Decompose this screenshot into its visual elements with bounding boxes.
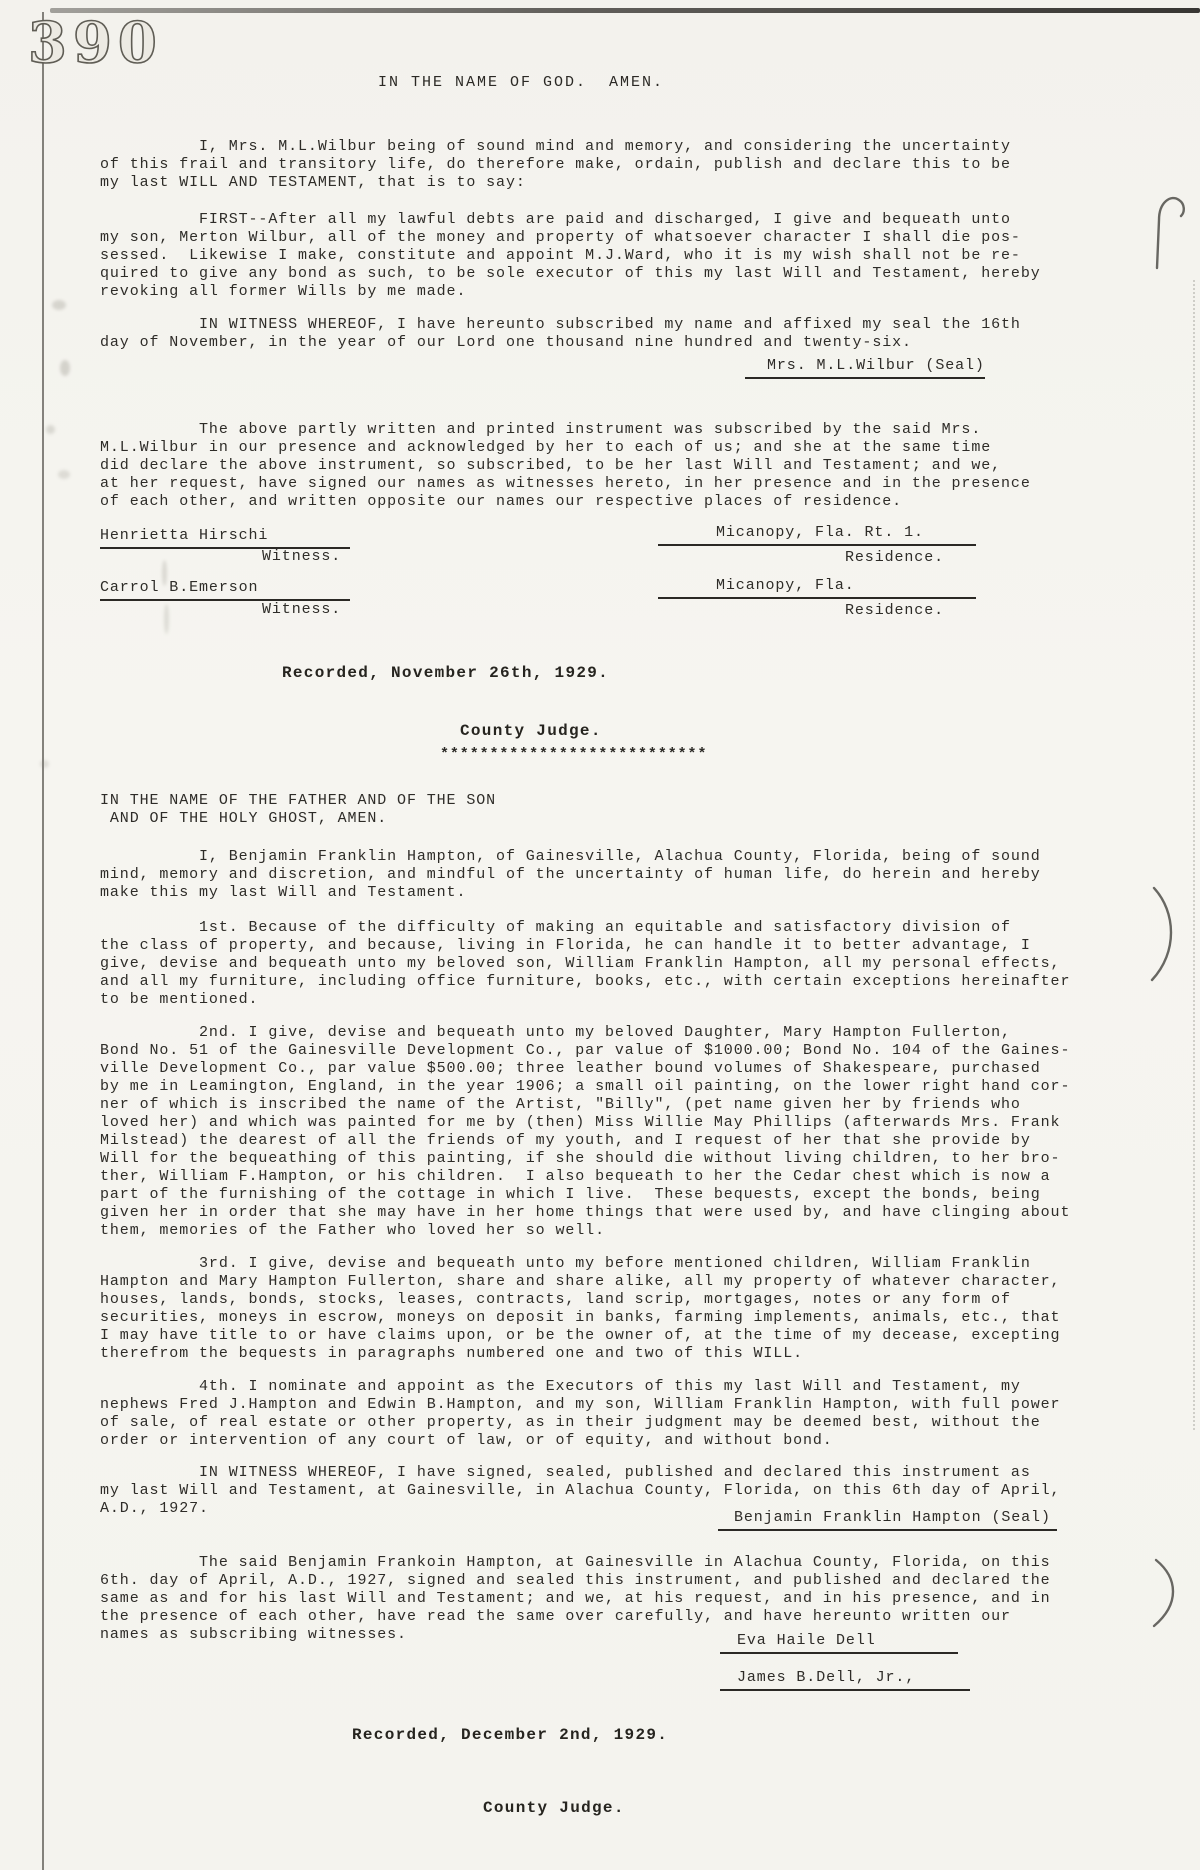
residence-signature-row: Micanopy, Fla. xyxy=(658,577,976,599)
page-number: 390 xyxy=(28,10,163,76)
residence-signature-row: Micanopy, Fla. Rt. 1. xyxy=(658,524,976,546)
page-gutter-line xyxy=(42,12,44,1870)
witness-name: Eva Haile Dell xyxy=(720,1632,958,1654)
scan-top-edge xyxy=(50,8,1200,13)
scan-right-edge xyxy=(1193,280,1195,1430)
residence-label: Residence. xyxy=(845,602,944,620)
signature-line: Mrs. M.L.Wilbur (Seal) xyxy=(745,357,985,379)
will2-paragraph-3rd: 3rd. I give, devise and bequeath unto my… xyxy=(100,1255,1060,1363)
ink-smudge xyxy=(52,300,66,310)
witness-residence: Micanopy, Fla. xyxy=(658,577,976,599)
will2-recorded-date: Recorded, December 2nd, 1929. xyxy=(352,1726,668,1744)
will1-title: IN THE NAME OF GOD. AMEN. xyxy=(378,74,664,92)
ink-smudge xyxy=(46,425,55,434)
will2-testator-signature: Benjamin Franklin Hampton (Seal) xyxy=(718,1509,1057,1531)
witness-signature-row: Henrietta Hirschi xyxy=(100,527,350,549)
signature-line: Benjamin Franklin Hampton (Seal) xyxy=(718,1509,1057,1531)
will1-recorded-date: Recorded, November 26th, 1929. xyxy=(282,664,609,682)
witness-signature-row: Carrol B.Emerson xyxy=(100,579,350,601)
witness-name: James B.Dell, Jr., xyxy=(720,1669,970,1691)
will2-paragraph-2nd: 2nd. I give, devise and bequeath unto my… xyxy=(100,1024,1070,1240)
will1-paragraph-attestation: The above partly written and printed ins… xyxy=(100,421,1031,511)
will2-heading: IN THE NAME OF THE FATHER AND OF THE SON… xyxy=(100,792,496,828)
document-page: 390 IN THE NAME OF GOD. AMEN. I, Mrs. M.… xyxy=(0,0,1200,1870)
will1-paragraph-first: FIRST--After all my lawful debts are pai… xyxy=(100,211,1041,301)
witness-label: Witness. xyxy=(262,601,341,619)
will2-witness-signature: James B.Dell, Jr., xyxy=(720,1669,970,1691)
witness-label: Witness. xyxy=(262,548,341,566)
ink-smudge xyxy=(164,604,169,634)
pen-bracket-mark xyxy=(1145,190,1200,275)
pen-bracket-mark xyxy=(1142,882,1200,987)
will2-county-judge: County Judge. xyxy=(483,1799,625,1817)
witness-name: Henrietta Hirschi xyxy=(100,527,350,549)
will2-paragraph-attestation: The said Benjamin Frankoin Hampton, at G… xyxy=(100,1554,1051,1644)
ink-smudge xyxy=(58,470,70,479)
witness-name: Carrol B.Emerson xyxy=(100,579,350,601)
will2-witness-signature: Eva Haile Dell xyxy=(720,1632,958,1654)
will2-paragraph-1st: 1st. Because of the difficulty of making… xyxy=(100,919,1070,1009)
will1-county-judge: County Judge. xyxy=(460,722,602,740)
ink-smudge xyxy=(40,760,49,768)
witness-residence: Micanopy, Fla. Rt. 1. xyxy=(658,524,976,546)
will1-testator-signature: Mrs. M.L.Wilbur (Seal) xyxy=(745,357,985,379)
ink-smudge xyxy=(60,360,70,376)
will1-paragraph-witness-clause: IN WITNESS WHEREOF, I have hereunto subs… xyxy=(100,316,1021,352)
will2-paragraph-4th: 4th. I nominate and appoint as the Execu… xyxy=(100,1378,1060,1450)
pen-bracket-mark xyxy=(1142,1556,1200,1631)
will1-paragraph-intro: I, Mrs. M.L.Wilbur being of sound mind a… xyxy=(100,138,1011,192)
residence-label: Residence. xyxy=(845,549,944,567)
section-divider-asterisks: *************************** xyxy=(440,746,707,764)
will2-paragraph-intro: I, Benjamin Franklin Hampton, of Gainesv… xyxy=(100,848,1041,902)
